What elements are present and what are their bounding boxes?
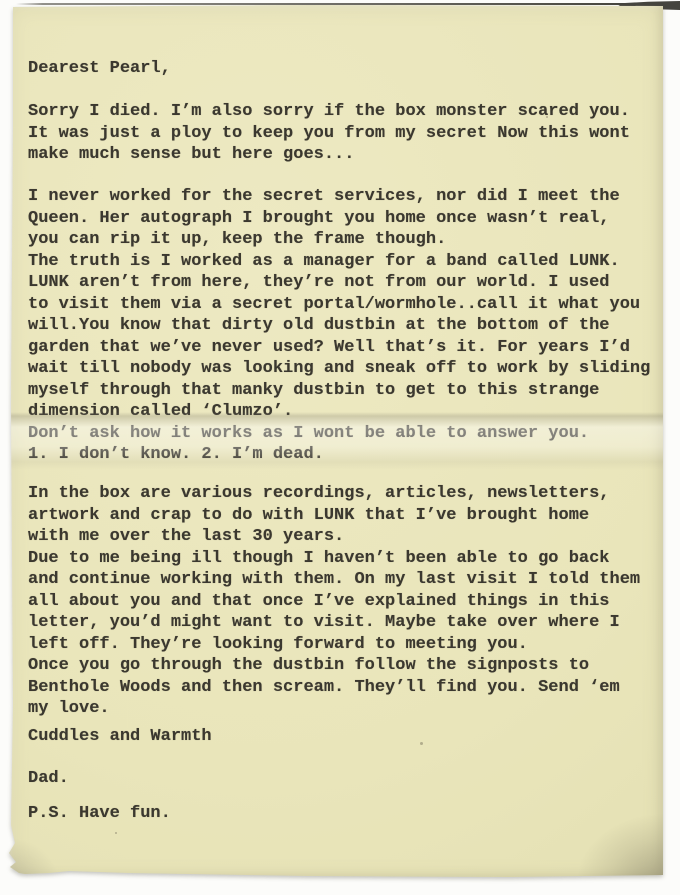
torn-corner-shadow	[9, 820, 79, 880]
paragraph-intro: Sorry I died. I’m also sorry if the box …	[28, 101, 658, 166]
paragraph-secret: I never worked for the secret services, …	[28, 186, 658, 466]
dust-speck	[115, 832, 117, 834]
scanned-letter: Dearest Pearl, Sorry I died. I’m also so…	[0, 0, 680, 895]
letter-page: Dearest Pearl, Sorry I died. I’m also so…	[9, 5, 663, 880]
salutation: Dearest Pearl,	[28, 58, 658, 80]
paragraph-instructions: In the box are various recordings, artic…	[28, 483, 658, 720]
letter-paper-wrap: Dearest Pearl, Sorry I died. I’m also so…	[9, 5, 663, 880]
signature: Dad.	[28, 768, 658, 790]
signoff: Cuddles and Warmth	[28, 726, 658, 748]
postscript: P.S. Have fun.	[28, 803, 658, 825]
